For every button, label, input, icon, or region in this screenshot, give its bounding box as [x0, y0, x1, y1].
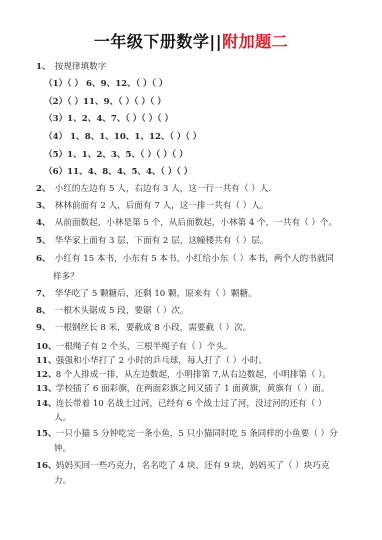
question-number: 2、	[36, 184, 52, 195]
question-text: 华华家上面有 3 层，下面有 2 层，这幢楼共有（ ）层。	[55, 236, 269, 246]
question-number: 1、	[36, 62, 52, 73]
sub-item-5: （5）1、1、2、3、5、（ ）（ ）（ ）	[44, 150, 188, 161]
question-text: 连长带着 10 名战士过河，已经有 6 个战士过了河，没过河的还有（ ）	[56, 399, 327, 409]
sub-item-label: （1）	[44, 79, 67, 89]
sub-item-text: 1、2、4、7、（ ）（ ）（ ）	[67, 114, 173, 124]
question-text: 人。	[54, 413, 71, 423]
question-text: 一根钢丝长 8 米，要截成 8 小段，需要截（ ）次。	[55, 323, 251, 333]
sub-item-2: （2）（ ）11、9、（ ）（ ）（ ）	[44, 97, 166, 108]
question-text: 强强和小华打了 2 小时的乒乓球，每人打了（ ）小时。	[56, 356, 267, 366]
question-text: 钟。	[54, 444, 71, 454]
question-text: 样多？	[53, 272, 79, 282]
question-11: 11、 强强和小华打了 2 小时的乒乓球，每人打了（ ）小时。	[36, 356, 267, 367]
question-text: 小红有 15 本书，小东有 5 本书，小红给小东（ ）本书，两个人的书就同	[55, 254, 334, 264]
question-text: 学校插了 6 面彩旗，在两面彩旗之间又插了 1 面黄旗，黄旗有（ ）面。	[56, 384, 330, 394]
question-9: 9、 一根钢丝长 8 米，要截成 8 小段，需要截（ ）次。	[36, 323, 251, 334]
question-number: 13、	[36, 384, 53, 395]
sub-item-text: 1、1、2、3、5、（ ）（ ）（ ）	[67, 150, 188, 160]
question-text: 一根绳子有 2 个头，三根半绳子有（ ）个头。	[56, 342, 233, 352]
sub-item-label: （5）	[44, 150, 67, 160]
question-7: 7、 华华吃了 5 颗糖后，还剩 10 颗，原来有（ ）颗糖。	[36, 289, 257, 300]
question-16: 16、 妈妈买回一些巧克力，名名吃了 4 块，还有 9 块，妈妈买了（ ）块巧克	[36, 461, 330, 472]
sub-item-label: （4）	[44, 132, 67, 142]
sub-item-3: （3）1、2、4、7、（ ）（ ）（ ）	[44, 114, 173, 125]
question-number: 16、	[36, 461, 53, 472]
question-text: 从前面数起，小林是第 5 个，从后面数起，小林第 4 个，一共有（ ）个。	[55, 218, 337, 228]
question-text: 8 个人排成一排，从左边数起，小明排第 7,从右边数起，小明排第（ ）。	[56, 370, 331, 380]
sub-item-text: （ ） 6、9、12、（ ）（ ）	[67, 79, 167, 89]
question-15: 15、 一只小猫 5 分钟吃完一条小鱼，5 只小猫同时吃 5 条同样的小鱼要（ …	[36, 429, 338, 440]
question-14: 14、 连长带着 10 名战士过河，已经有 6 个战士过了河，没过河的还有（ ）	[36, 399, 326, 410]
question-16-continuation: 力。	[54, 476, 71, 487]
question-number: 12、	[36, 370, 53, 381]
question-6-continuation: 样多？	[53, 272, 79, 283]
question-number: 4、	[36, 218, 52, 229]
sub-item-4: （4） 1、8、1、10、1、12、（ ）（ ）	[44, 132, 201, 143]
question-number: 10、	[36, 342, 53, 353]
question-text: 一只小猫 5 分钟吃完一条小鱼，5 只小猫同时吃 5 条同样的小鱼要（ ）分	[56, 429, 338, 439]
sub-item-1: （1）（ ） 6、9、12、（ ）（ ）	[44, 79, 168, 90]
question-6: 6、 小红有 15 本书，小东有 5 本书，小红给小东（ ）本书，两个人的书就同	[36, 254, 334, 265]
worksheet-title: 一年级下册数学||附加题二	[0, 33, 382, 51]
question-text: 按规律填数字	[55, 62, 107, 72]
question-10: 10、 一根绳子有 2 个头，三根半绳子有（ ）个头。	[36, 342, 233, 353]
question-3: 3、 林林前面有 2 人，后面有 7 人，这一排一共有（ ）人。	[36, 201, 268, 212]
question-text: 林林前面有 2 人，后面有 7 人，这一排一共有（ ）人。	[55, 201, 269, 211]
sub-item-text: 11、4、8、4、5、4、（ ）（ ）	[67, 167, 192, 177]
question-1: 1、 按规律填数字	[36, 62, 106, 73]
question-14-continuation: 人。	[54, 413, 71, 424]
question-number: 8、	[36, 306, 52, 317]
sub-item-label: （3）	[44, 114, 67, 124]
question-number: 7、	[36, 289, 52, 300]
sub-item-text: （ ）11、9、（ ）（ ）（ ）	[67, 97, 166, 107]
sub-item-6: （6）11、4、8、4、5、4、（ ）（ ）	[44, 167, 192, 178]
question-number: 15、	[36, 429, 53, 440]
question-8: 8、 一根木头锯成 5 段，要锯（ ）次。	[36, 306, 189, 317]
question-text: 一根木头锯成 5 段，要锯（ ）次。	[55, 306, 189, 316]
question-5: 5、 华华家上面有 3 层，下面有 2 层，这幢楼共有（ ）层。	[36, 236, 268, 247]
question-text: 妈妈买回一些巧克力，名名吃了 4 块，还有 9 块，妈妈买了（ ）块巧克	[56, 461, 330, 471]
question-number: 11、	[36, 356, 53, 367]
question-text: 华华吃了 5 颗糖后，还剩 10 颗，原来有（ ）颗糖。	[55, 289, 257, 299]
sub-item-text: 1、8、1、10、1、12、（ ）（ ）	[67, 132, 201, 142]
sub-item-label: （2）	[44, 97, 67, 107]
question-number: 14、	[36, 399, 53, 410]
sub-item-label: （6）	[44, 167, 67, 177]
question-number: 5、	[36, 236, 52, 247]
question-number: 9、	[36, 323, 52, 334]
question-4: 4、 从前面数起，小林是第 5 个，从后面数起，小林第 4 个，一共有（ ）个。	[36, 218, 337, 229]
question-12: 12、 8 个人排成一排，从左边数起，小明排第 7,从右边数起，小明排第（ ）。	[36, 370, 331, 381]
question-number: 6、	[36, 254, 52, 265]
title-main: 一年级下册数学||	[94, 32, 222, 51]
question-text: 小红的左边有 5 人，右边有 3 人，这一行一共有（ ）人.	[55, 184, 271, 194]
title-accent: 附加题二	[222, 32, 288, 51]
question-number: 3、	[36, 201, 52, 212]
question-2: 2、 小红的左边有 5 人，右边有 3 人，这一行一共有（ ）人.	[36, 184, 271, 195]
question-text: 力。	[54, 476, 71, 486]
question-15-continuation: 钟。	[54, 444, 71, 455]
question-13: 13、 学校插了 6 面彩旗，在两面彩旗之间又插了 1 面黄旗，黄旗有（ ）面。	[36, 384, 330, 395]
